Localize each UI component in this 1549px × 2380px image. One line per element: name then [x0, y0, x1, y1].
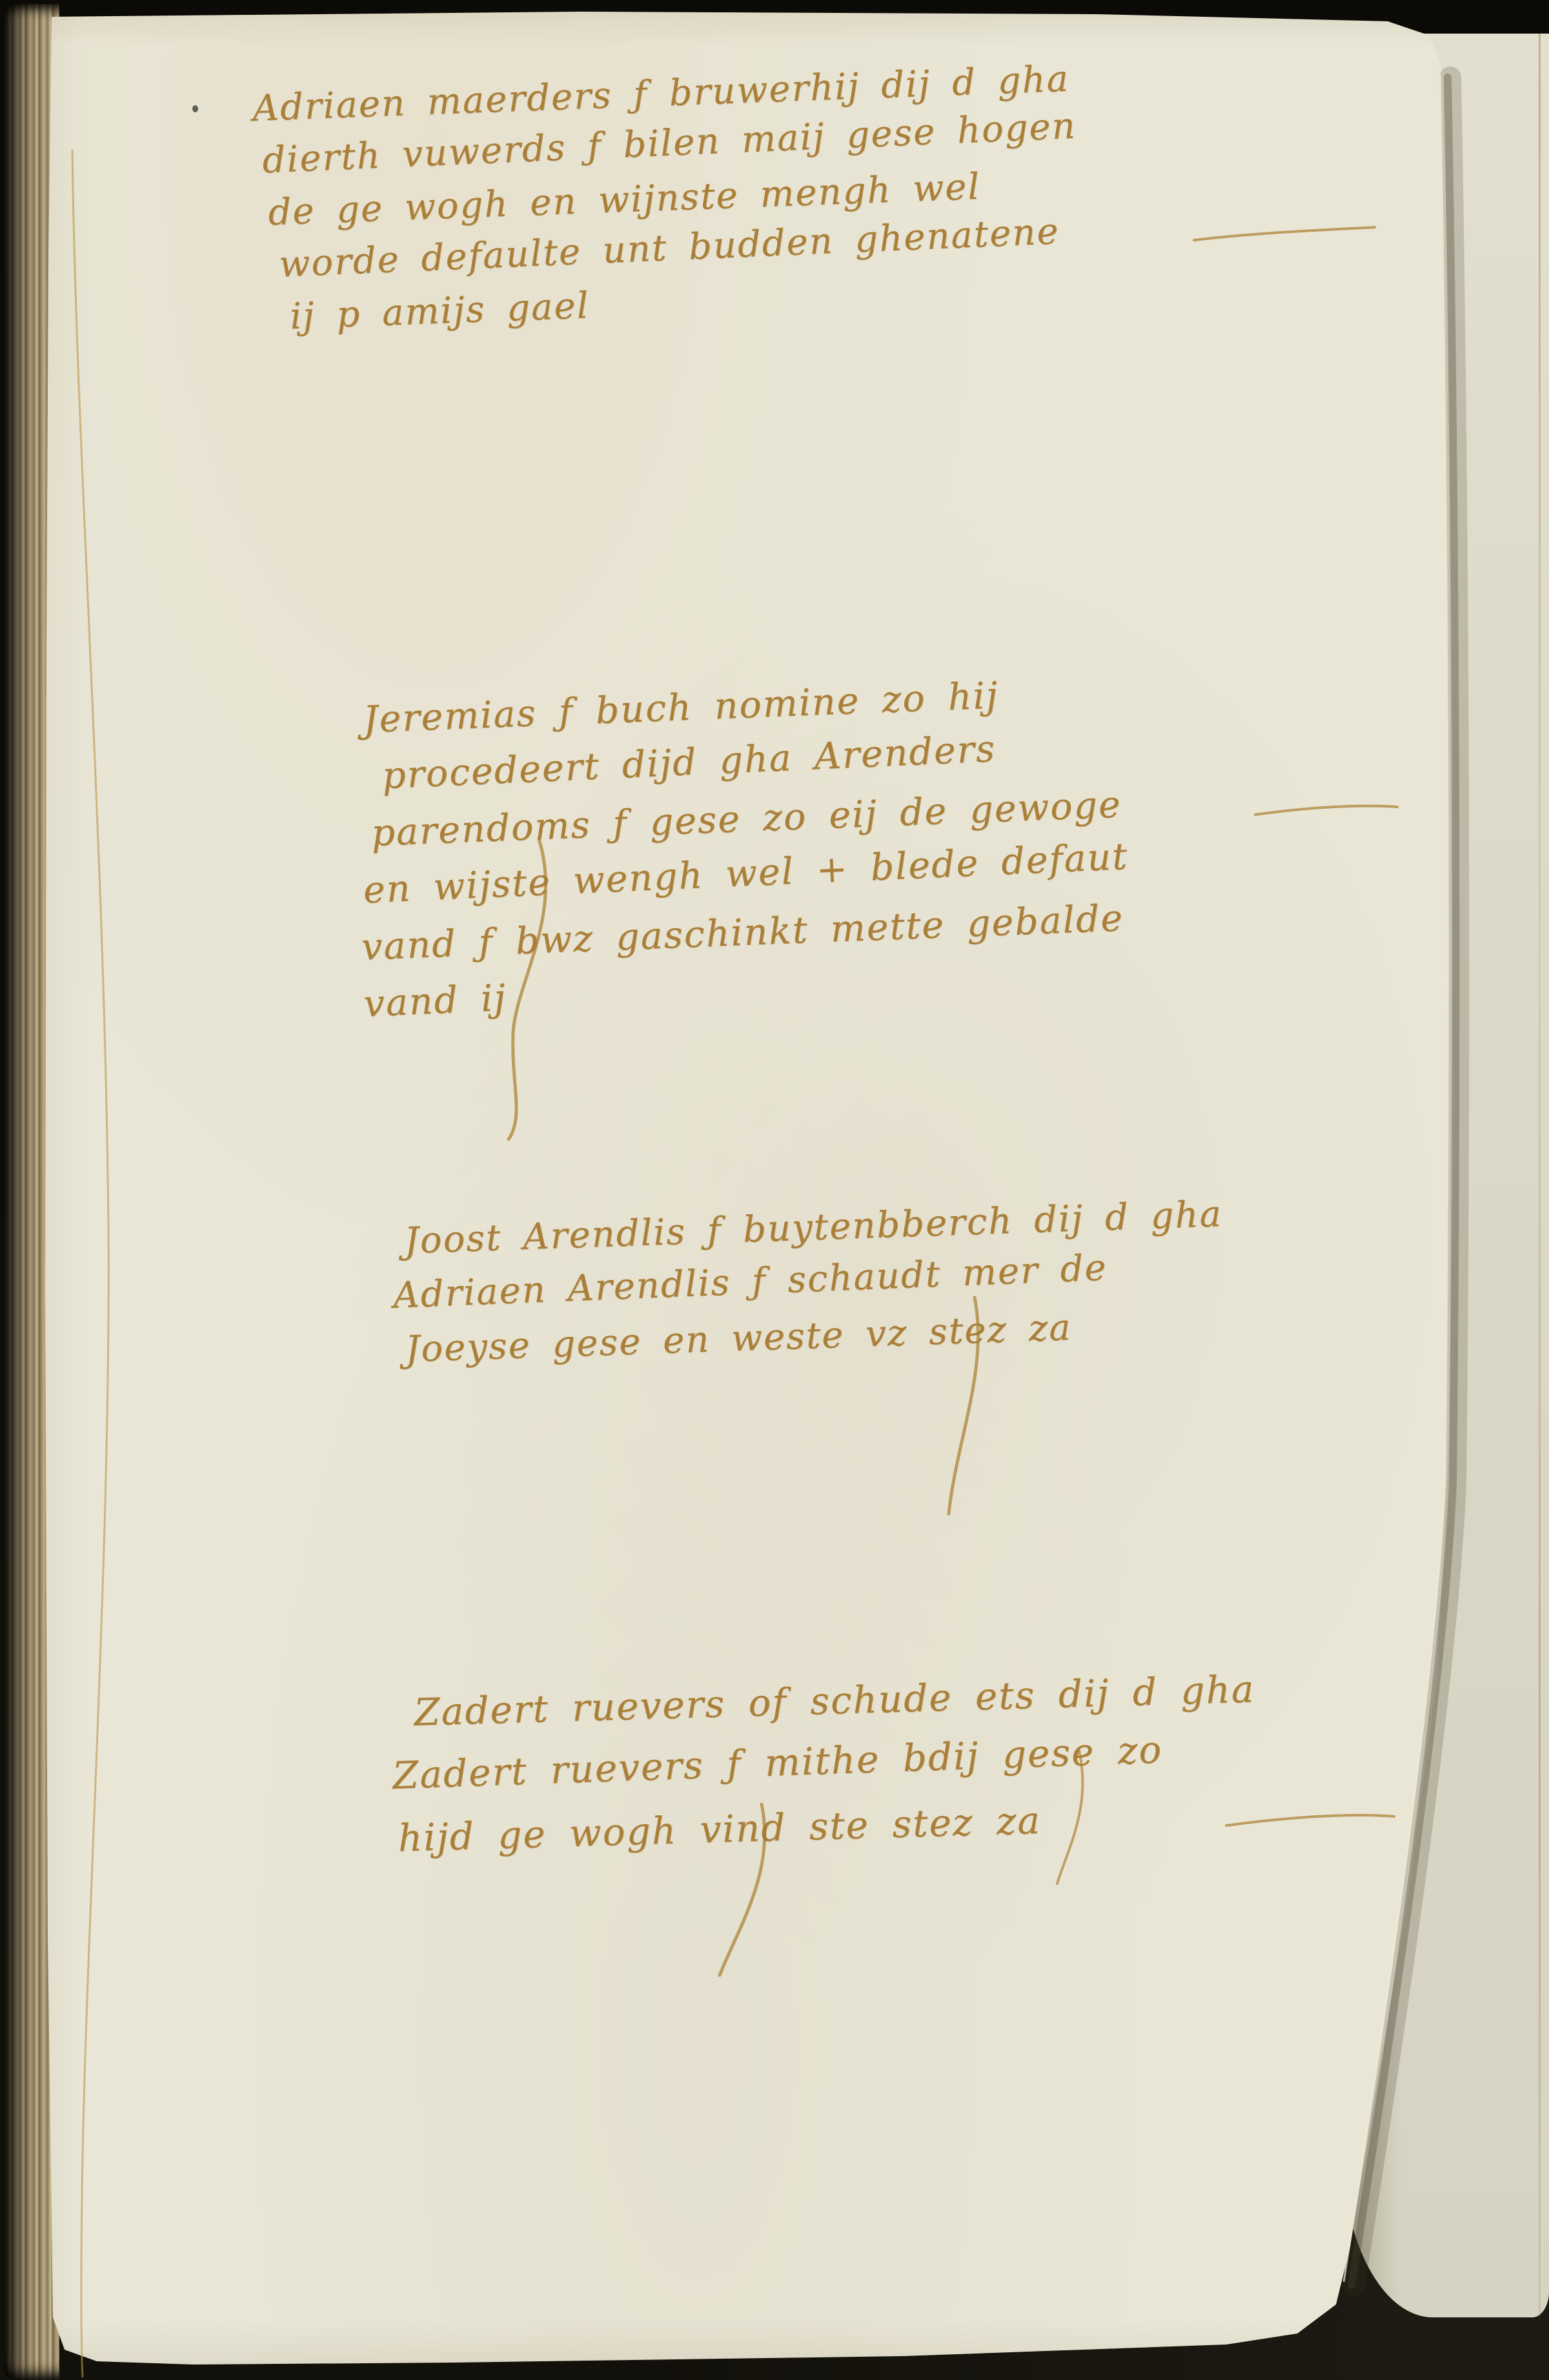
handwritten-entry-1: Adriaen maerders ƒ bruwerhij dij d gha d… [252, 52, 1083, 343]
handwritten-entry-4: Zadert ruevers of schude ets dij d gha Z… [386, 1658, 1259, 1869]
page-crease-line [1539, 34, 1541, 2317]
handwritten-entry-3: Joost Arendlis ƒ buytenbberch dij d gha … [390, 1187, 1227, 1378]
manuscript-scan: Adriaen maerders ƒ bruwerhij dij d gha d… [0, 0, 1549, 2380]
manuscript-page [0, 0, 1549, 2380]
ink-speck [192, 105, 198, 112]
handwritten-entry-2: Jeremias ƒ buch nomine zo hij procedeert… [352, 662, 1134, 1032]
